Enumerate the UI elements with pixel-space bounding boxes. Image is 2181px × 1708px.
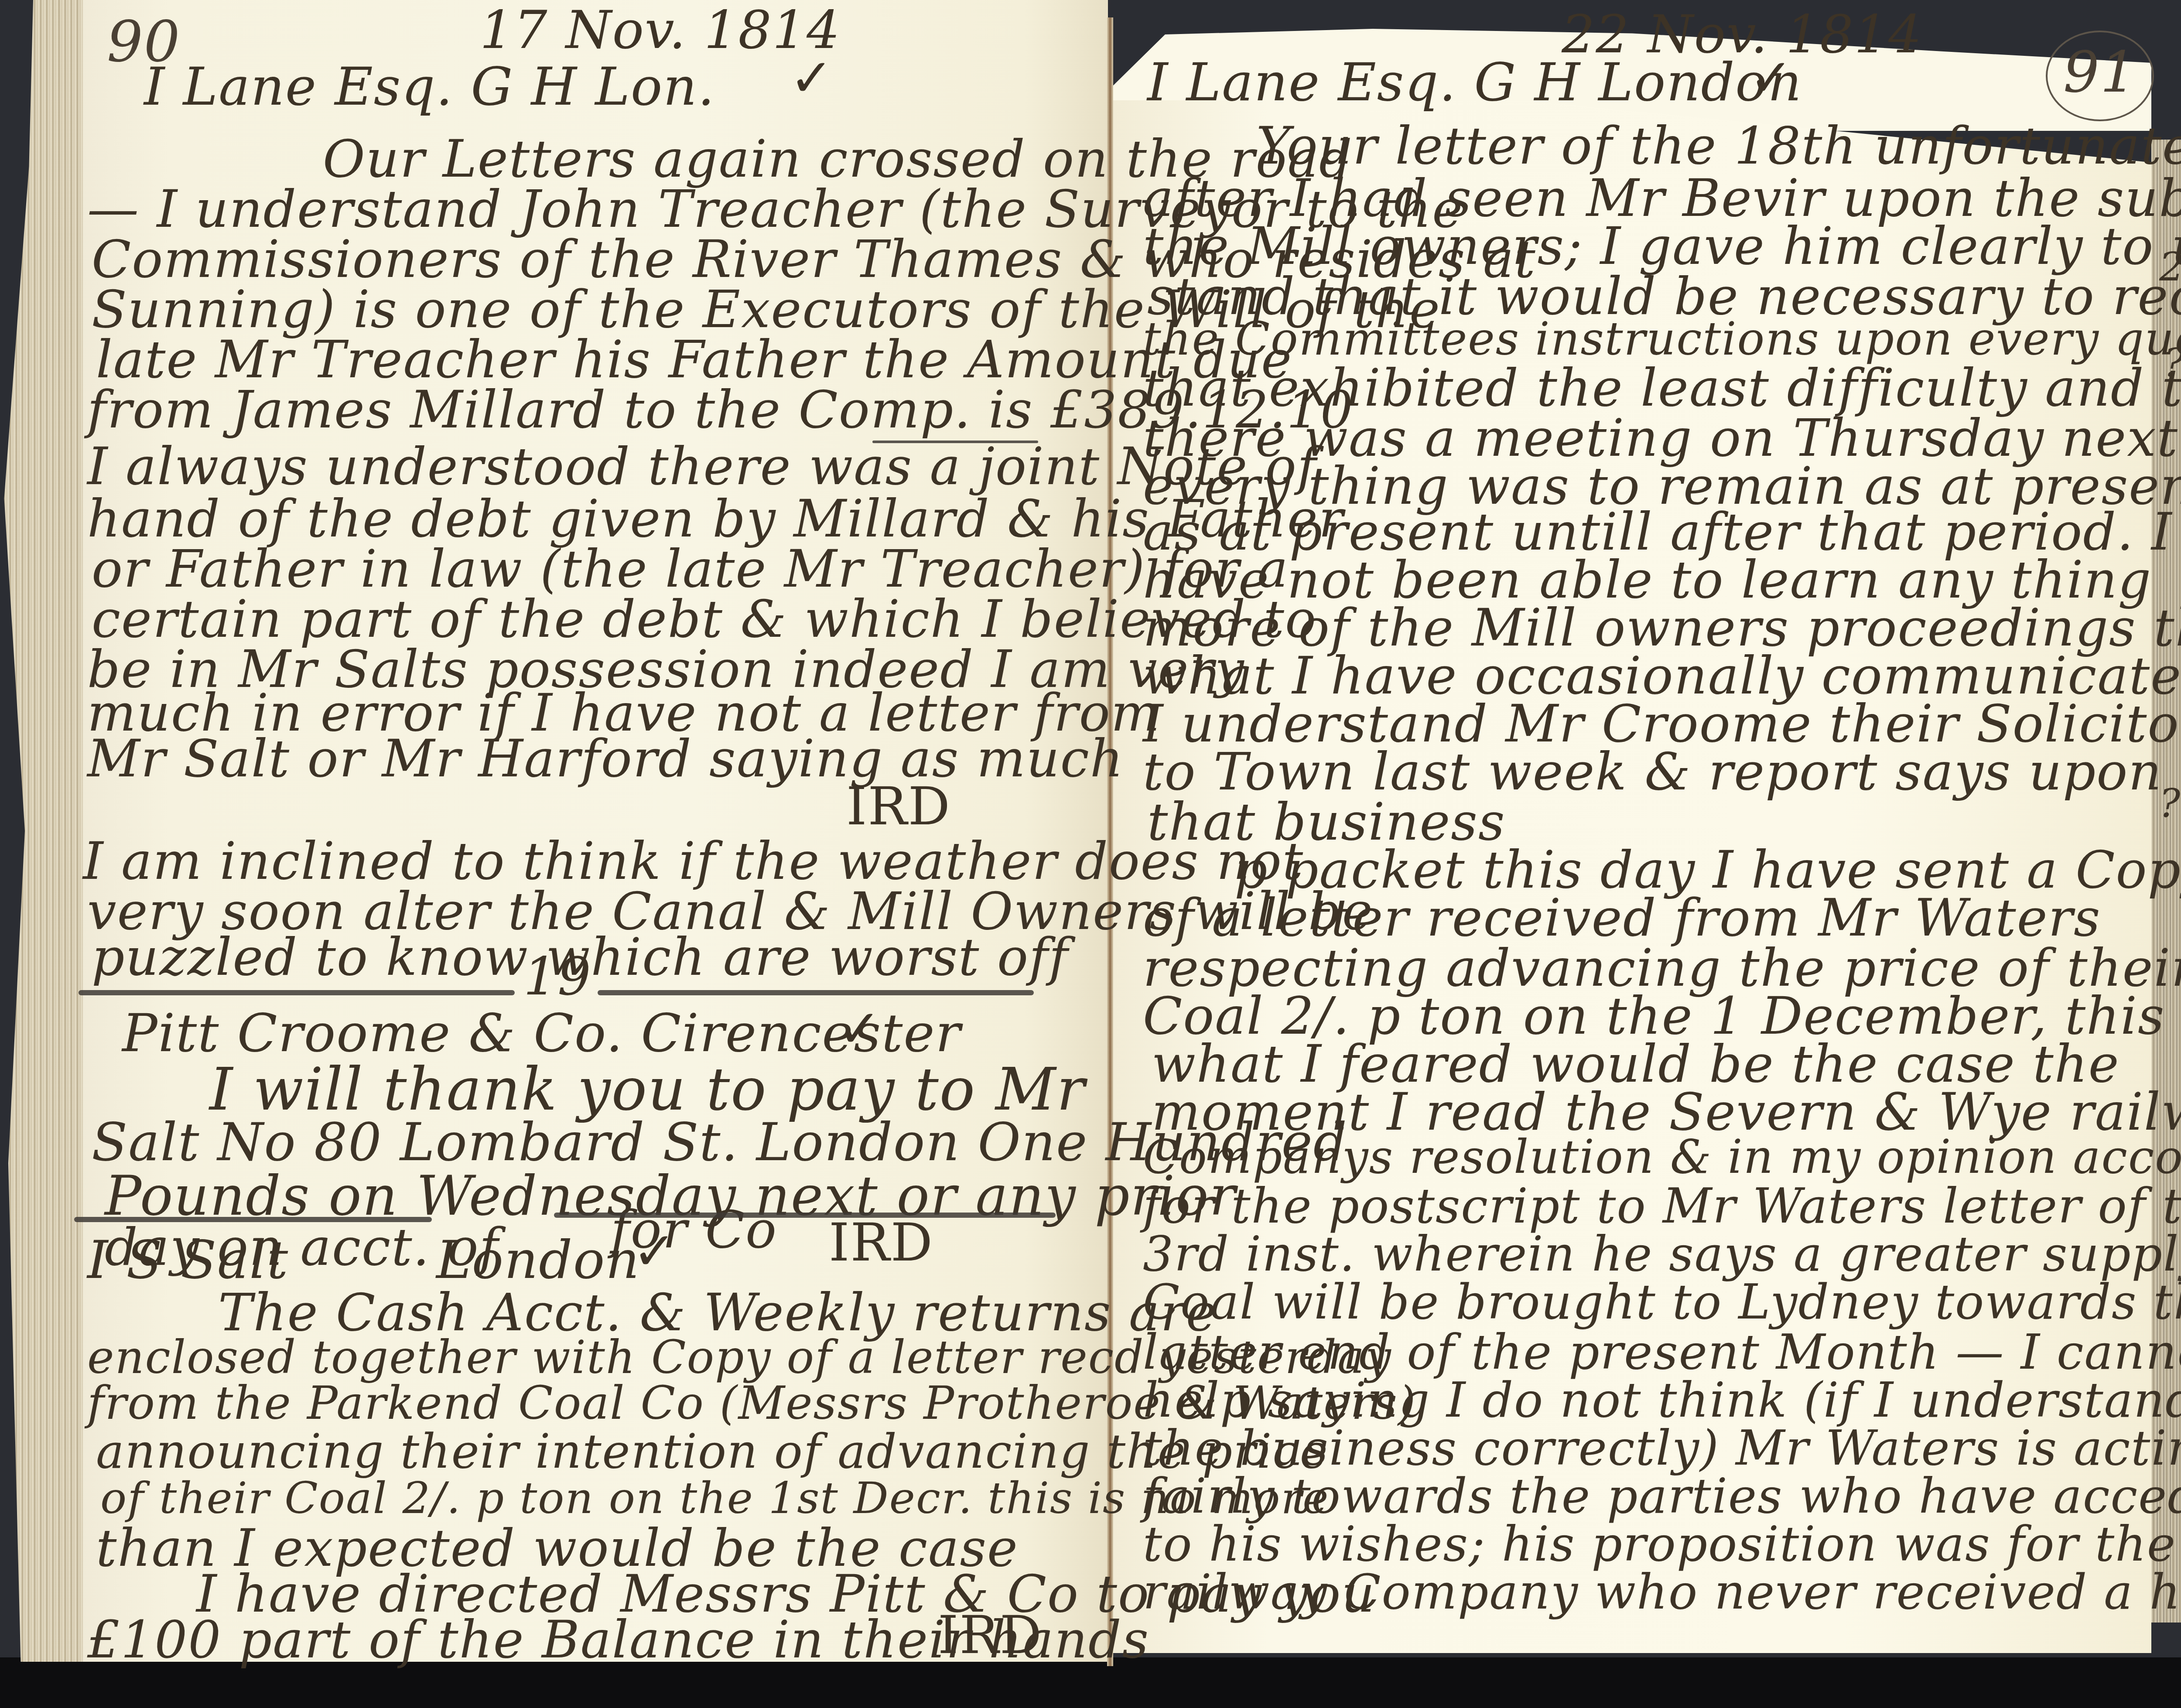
letter-line: the business correctly) Mr Waters is act… bbox=[1143, 1424, 2181, 1472]
left-page-edge bbox=[0, 0, 83, 1662]
letter-addressee: Pitt Croome & Co. Cirencester bbox=[122, 1008, 961, 1060]
letter-line: latter end of the present Month — I cann… bbox=[1143, 1328, 2181, 1376]
check-mark: ✓ bbox=[1749, 52, 1794, 105]
signature: IRD bbox=[829, 1217, 933, 1269]
letter-line: for the postscript to Mr Waters letter o… bbox=[1143, 1182, 2181, 1230]
letter-line: railway Company who never received a hig… bbox=[1143, 1568, 2181, 1616]
letter-line: Mr Salt or Mr Harford saying as much bbox=[87, 733, 1124, 784]
check-mark: ✓ bbox=[838, 1003, 882, 1056]
letter-line: fairly towards the parties who have acce… bbox=[1143, 1472, 2181, 1520]
section-divider bbox=[554, 1213, 1056, 1218]
letter-line: to his wishes; his proposition was for t… bbox=[1143, 1520, 2176, 1568]
letter-line: of a letter received from Mr Waters bbox=[1143, 892, 2101, 943]
letter-line: that exhibited the least difficulty and … bbox=[1143, 362, 2181, 413]
margin-note: ? bbox=[2164, 340, 2181, 386]
letter-line: help saying I do not think (if I underst… bbox=[1143, 1376, 2181, 1424]
letter-line: I will thank you to pay to Mr bbox=[209, 1060, 1086, 1119]
signature: IRD bbox=[846, 781, 951, 833]
page-number-right: 91 bbox=[2063, 44, 2137, 100]
postscript-line: I am inclined to think if the weather do… bbox=[83, 835, 1304, 887]
letter-addressee: I Lane Esq. G H Lon. bbox=[144, 61, 715, 113]
letter-place: London bbox=[436, 1234, 640, 1287]
letter-line: Companys resolution & in my opinion acco… bbox=[1143, 1134, 2181, 1180]
section-divider bbox=[79, 990, 515, 995]
letter-date: 19 bbox=[523, 951, 592, 1003]
letter-line: certain part of the debt & which I belie… bbox=[92, 593, 1317, 645]
letter-line: late Mr Treacher his Father the Amount d… bbox=[96, 334, 1292, 385]
letter-line: I always understood there was a joint No… bbox=[87, 441, 1317, 492]
letter-line: or Father in law (the late Mr Treacher) … bbox=[92, 543, 1289, 594]
section-divider bbox=[74, 1217, 432, 1222]
letter-line: Coal will be brought to Lydney towards t… bbox=[1143, 1278, 2181, 1326]
letter-line: Your letter of the 18th unfortunately re… bbox=[1256, 120, 2181, 171]
check-mark: ✓ bbox=[632, 1226, 677, 1278]
margin-note: 2 bbox=[2159, 244, 2181, 290]
letter-date: 17 Nov. 1814 bbox=[480, 4, 841, 57]
letter-line: to Town last week & report says upon bbox=[1143, 746, 2162, 797]
section-divider bbox=[598, 990, 1034, 995]
margin-note: ? bbox=[2159, 781, 2180, 827]
letter-line: the Committees instructions upon every q… bbox=[1143, 316, 2181, 362]
letter-line: the Mill owners; I gave him clearly to u… bbox=[1143, 220, 2181, 272]
signature: IRD bbox=[938, 1609, 1043, 1662]
letter-addressee: I Lane Esq. G H London bbox=[1147, 57, 1802, 109]
letter-line: 3rd inst. wherein he says a greater supp… bbox=[1143, 1230, 2181, 1278]
letter-addressee: I S Salt bbox=[87, 1234, 289, 1287]
check-mark: ✓ bbox=[790, 52, 834, 105]
